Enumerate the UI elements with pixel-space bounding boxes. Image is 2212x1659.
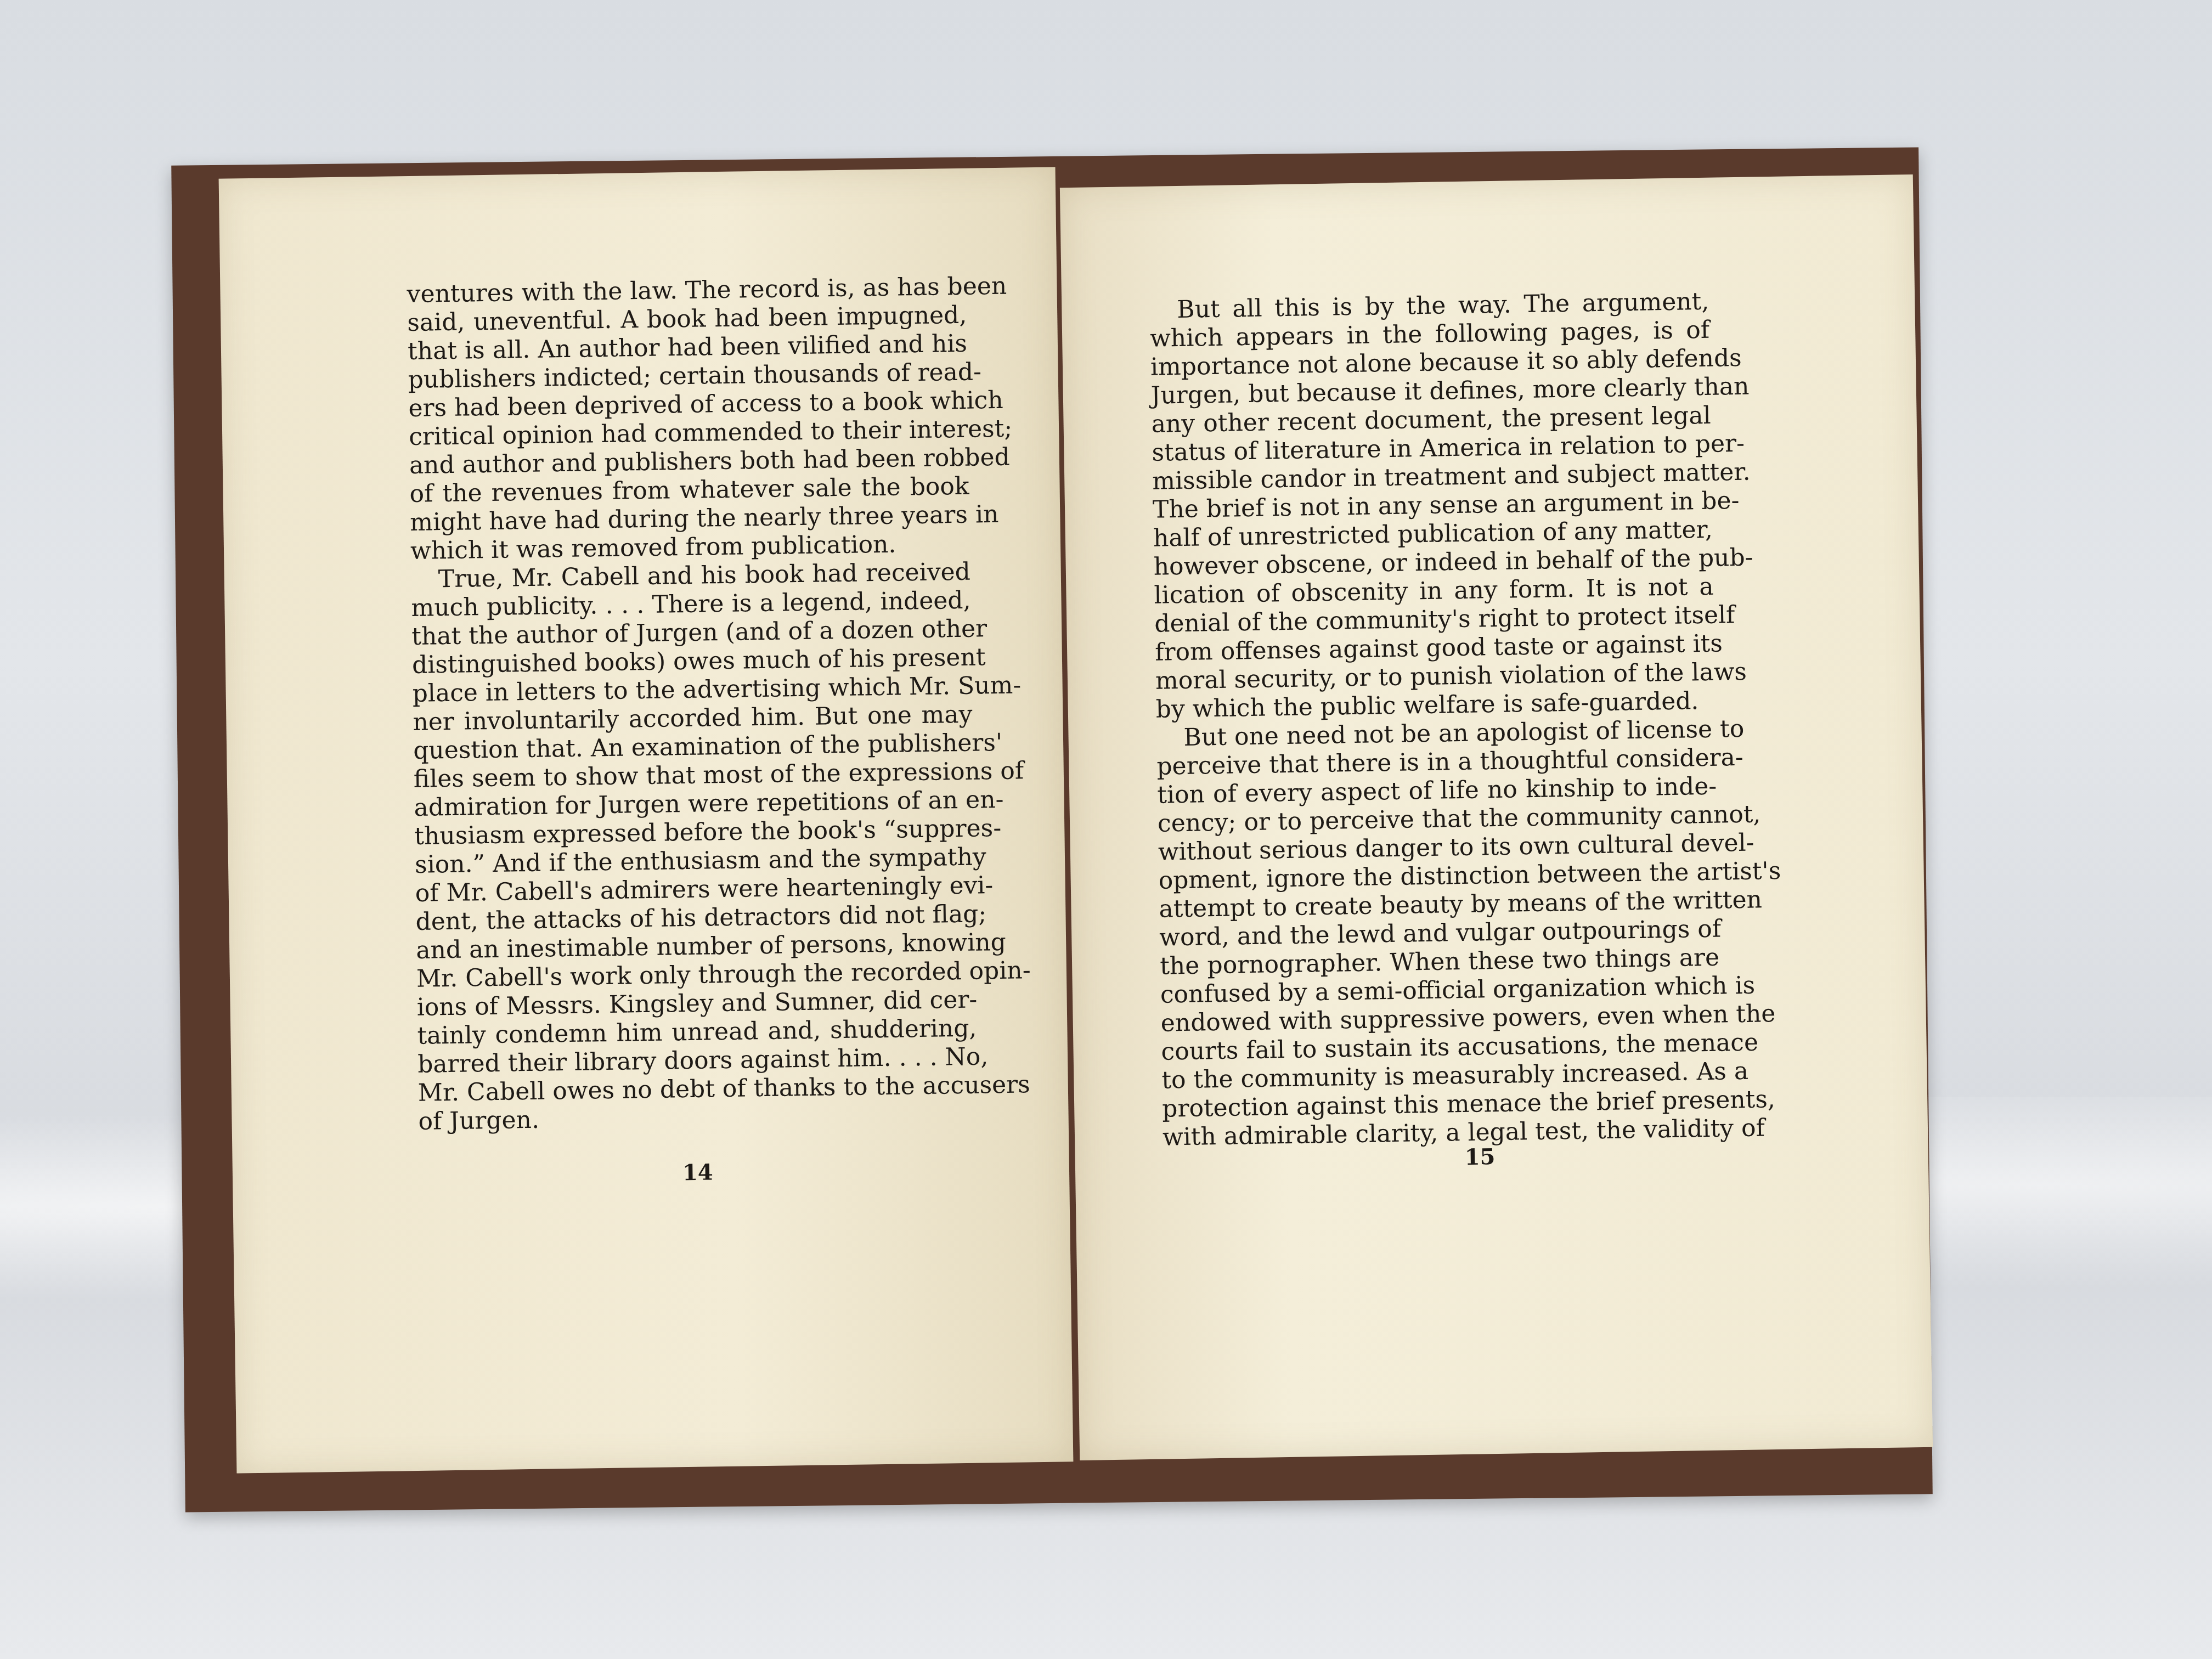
- right-page: But all this is by the way. The argument…: [1060, 174, 1933, 1460]
- page-number: 14: [682, 1159, 713, 1186]
- page-number: 15: [1464, 1144, 1495, 1170]
- left-page: ventures with the law. The record is, as…: [219, 167, 1074, 1473]
- left-page-text: ventures with the law. The record is, as…: [407, 273, 978, 1136]
- right-page-text: But all this is by the way. The argument…: [1149, 287, 1722, 1152]
